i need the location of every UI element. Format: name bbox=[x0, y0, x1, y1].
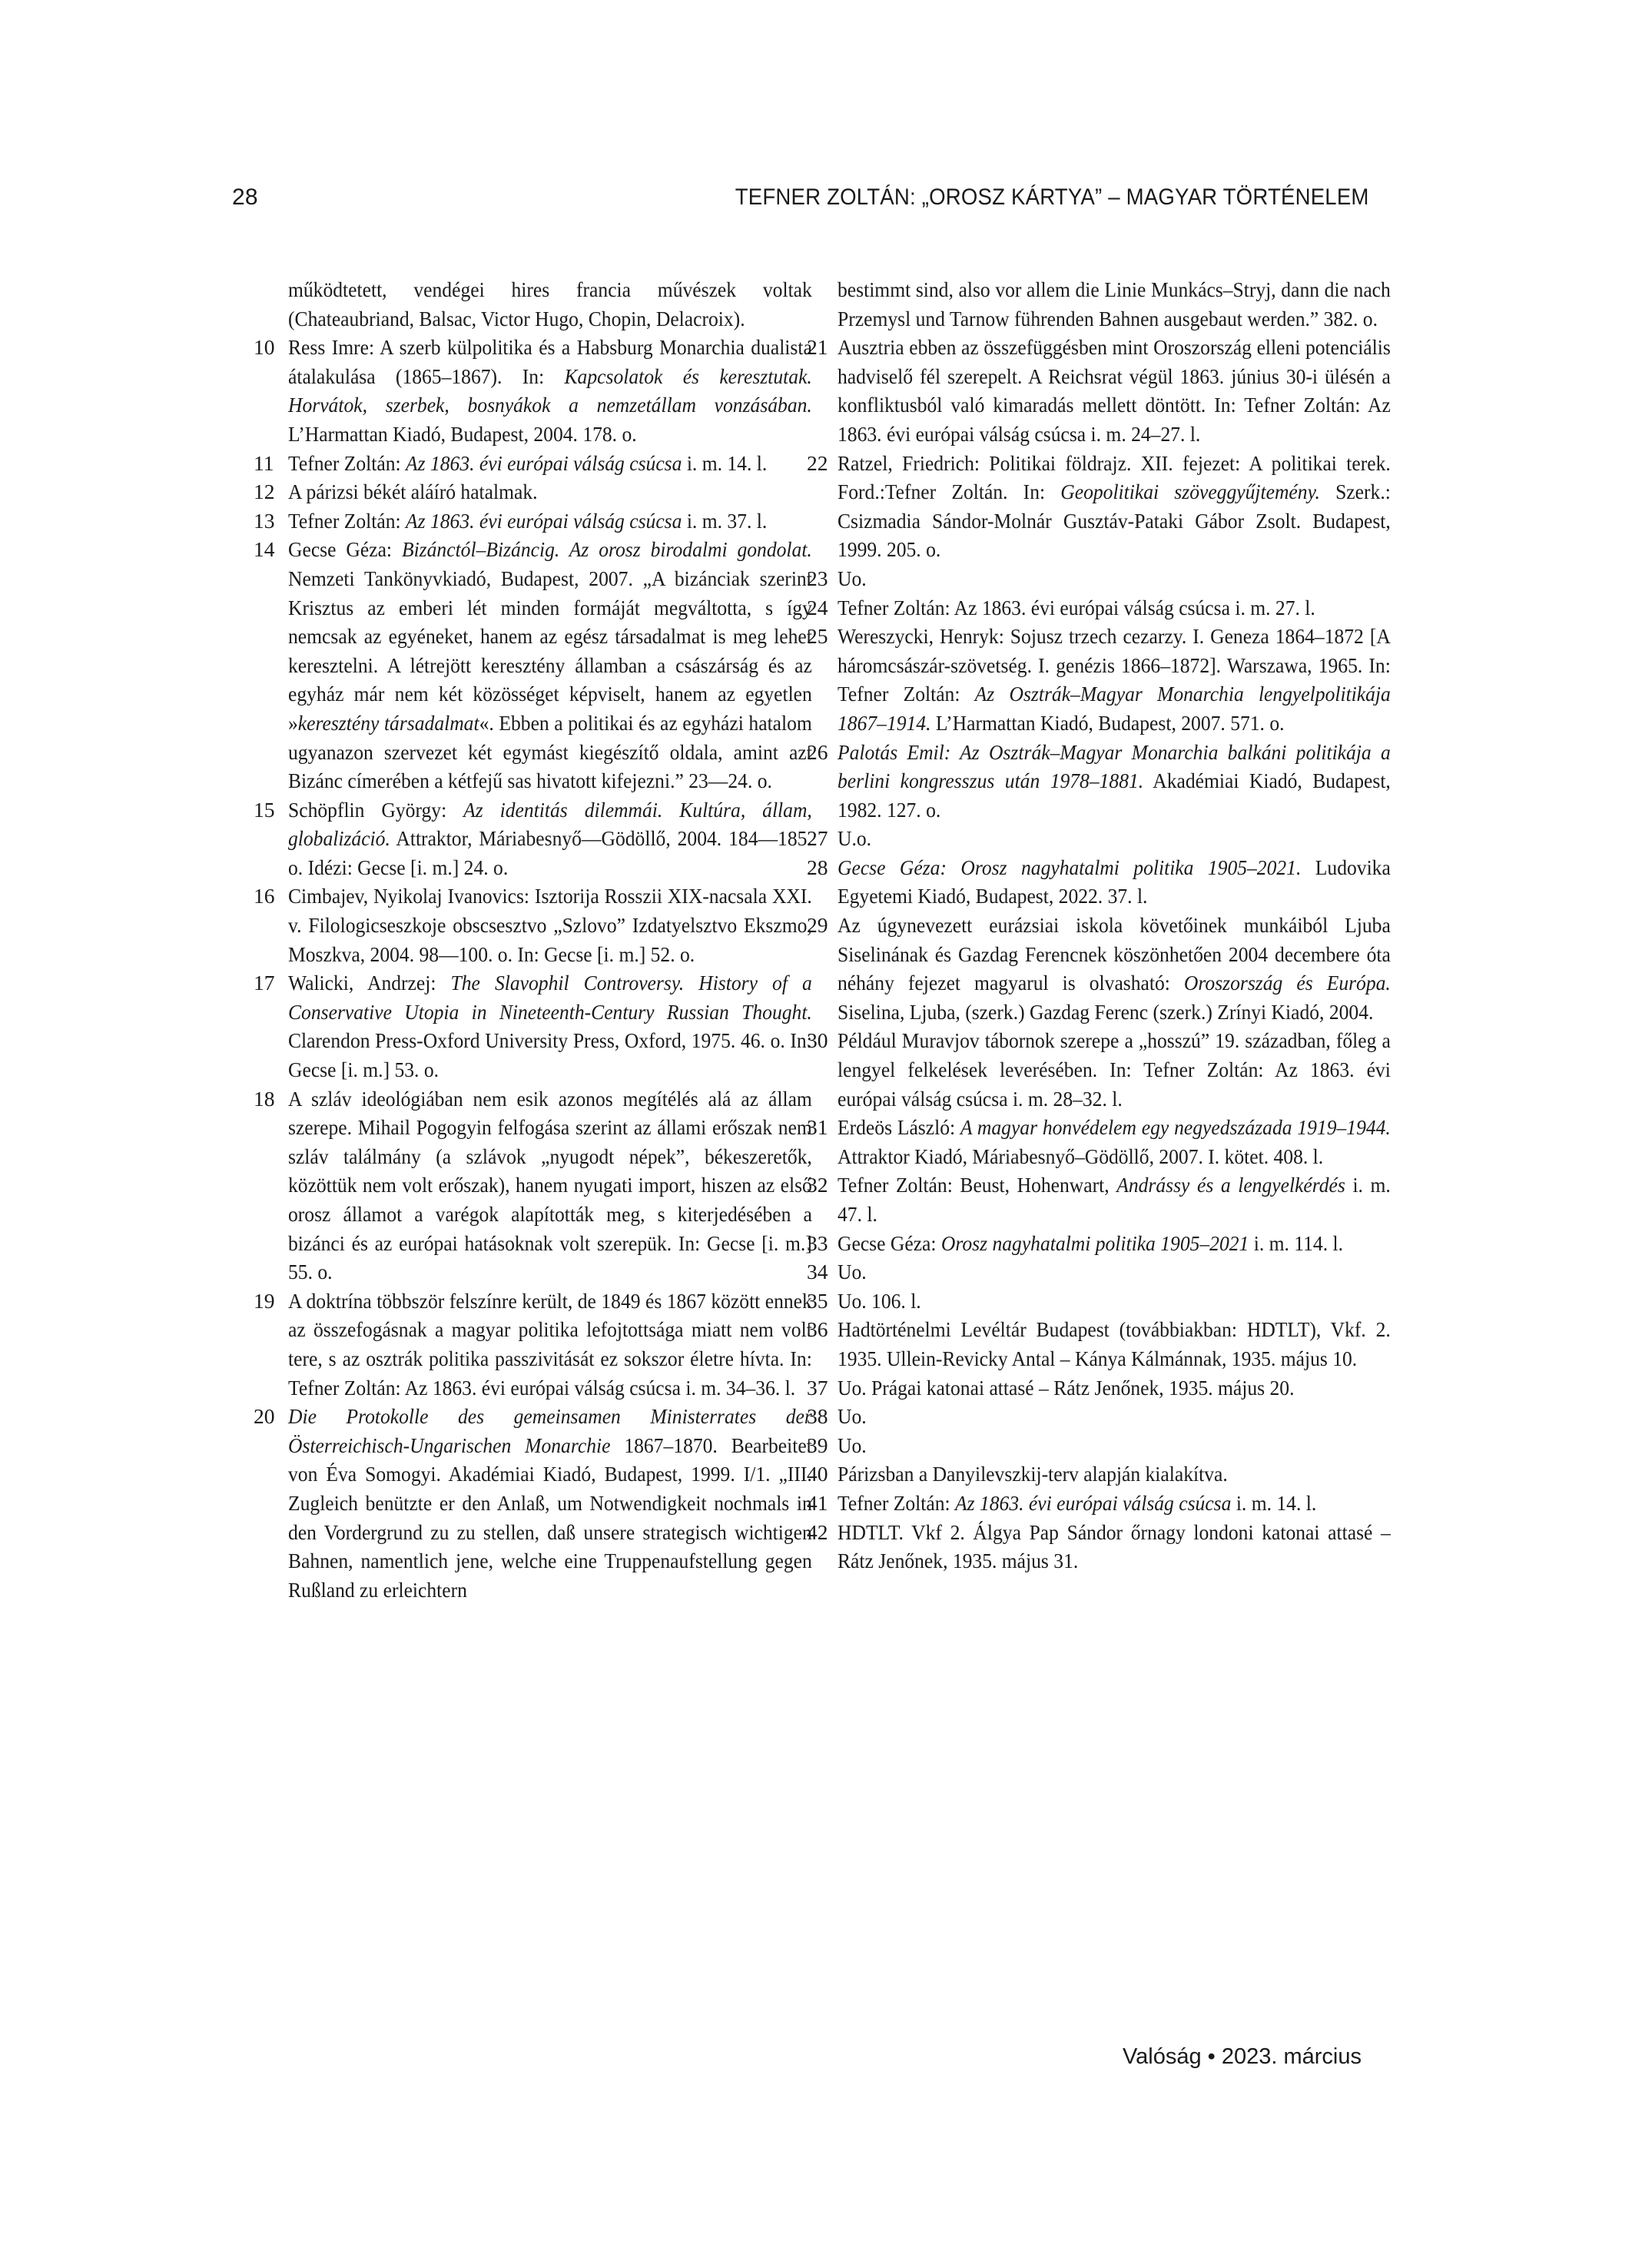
footnote-number: 25 bbox=[807, 622, 838, 651]
footnote-text: Gecse Géza: Orosz nagyhatalmi politika 1… bbox=[838, 1229, 1391, 1258]
footnote-number: 30 bbox=[807, 1026, 838, 1055]
footnote-item: 25Wereszycki, Henryk: Sojusz trzech ceza… bbox=[807, 622, 1360, 737]
footnote-number: 18 bbox=[254, 1084, 284, 1114]
footnote-italic-title: Az 1863. évi európai válság csúcsa bbox=[406, 509, 682, 533]
footnote-text: Az úgynevezett eurázsiai iskola követőin… bbox=[838, 911, 1391, 1026]
footnote-number: 28 bbox=[807, 853, 838, 882]
running-title: TEFNER ZOLTÁN: „OROSZ KÁRTYA” – MAGYAR T… bbox=[735, 184, 1369, 211]
footnote-text-run: Gecse Géza: bbox=[838, 1231, 941, 1255]
footnote-number: 17 bbox=[254, 968, 284, 998]
footnote-number: 35 bbox=[807, 1287, 838, 1316]
footnote-text-run: Tefner Zoltán: Az 1863. évi európai váls… bbox=[838, 596, 1315, 619]
footnote-item: 35Uo. 106. l. bbox=[807, 1287, 1360, 1316]
footnote-text: Tefner Zoltán: Az 1863. évi európai váls… bbox=[838, 593, 1391, 623]
footnote-text-run: Párizsban a Danyilevszkij-terv alapján k… bbox=[838, 1462, 1228, 1486]
footnote-text-run: i. m. 37. l. bbox=[682, 509, 767, 533]
footnote-text-run: Hadtörténelmi Levéltár Budapest (további… bbox=[838, 1317, 1391, 1370]
footnote-text: Uo. Prágai katonai attasé – Rátz Jenőnek… bbox=[838, 1373, 1391, 1403]
footnote-number: 10 bbox=[254, 333, 284, 362]
footnote-item: 32Tefner Zoltán: Beust, Hohenwart, Andrá… bbox=[807, 1171, 1360, 1228]
footnote-text: HDTLT. Vkf 2. Álgya Pap Sándor őrnagy lo… bbox=[838, 1518, 1391, 1576]
footnote-text-run: Ausztria ebben az összefüggésben mint Or… bbox=[838, 335, 1391, 446]
footnote-text-run: Uo. bbox=[838, 1433, 867, 1457]
footnote-text: A szláv ideológiában nem esik azonos meg… bbox=[288, 1084, 812, 1287]
footnote-number: 24 bbox=[807, 593, 838, 623]
footnote-text-run: Nemzeti Tankönyvkiadó, Budapest, 2007. „… bbox=[288, 566, 812, 735]
footnote-text: Wereszycki, Henryk: Sojusz trzech cezarz… bbox=[838, 622, 1391, 737]
footnote-text-run: Uo. bbox=[838, 566, 867, 590]
footnote-continuation: bestimmt sind, also vor allem die Linie … bbox=[807, 275, 1360, 333]
footnote-item: 36Hadtörténelmi Levéltár Budapest (továb… bbox=[807, 1315, 1360, 1373]
footnote-italic-title: Oroszország és Európa. bbox=[1184, 971, 1391, 995]
footnote-text: Ausztria ebben az összefüggésben mint Or… bbox=[838, 333, 1391, 448]
footnote-text-run: Tefner Zoltán: bbox=[838, 1491, 955, 1515]
footnote-text: Gecse Géza: Orosz nagyhatalmi politika 1… bbox=[838, 853, 1391, 911]
footnote-list: 10Ress Imre: A szerb külpolitika és a Ha… bbox=[254, 333, 778, 1604]
footnotes-left-column: működtetett, vendégei hires francia művé… bbox=[254, 275, 778, 1604]
footnote-text-run: Uo. bbox=[838, 1260, 867, 1283]
footnote-text: Die Protokolle des gemeinsamen Ministerr… bbox=[288, 1402, 812, 1604]
journal-footer: Valóság • 2023. március bbox=[1123, 2044, 1362, 2070]
footnote-number: 34 bbox=[807, 1257, 838, 1287]
footnote-text-run: Tefner Zoltán: bbox=[288, 451, 406, 475]
footnote-text: U.o. bbox=[838, 824, 1391, 853]
footnote-number: 37 bbox=[807, 1373, 838, 1403]
footnote-number: 27 bbox=[807, 824, 838, 853]
footnote-item: 40Párizsban a Danyilevszkij-terv alapján… bbox=[807, 1459, 1360, 1489]
footnote-item: 21Ausztria ebben az összefüggésben mint … bbox=[807, 333, 1360, 448]
footnote-item: 31Erdeös László: A magyar honvédelem egy… bbox=[807, 1113, 1360, 1171]
footnote-item: 15Schöpflin György: Az identitás dilemmá… bbox=[254, 795, 778, 882]
footnote-number: 11 bbox=[254, 449, 284, 478]
footnote-text-run: i. m. 14. l. bbox=[682, 451, 767, 475]
footnote-text: Cimbajev, Nyikolaj Ivanovics: Isztorija … bbox=[288, 882, 812, 968]
footnote-text-run: Uo. Prágai katonai attasé – Rátz Jenőnek… bbox=[838, 1376, 1294, 1400]
footnote-text-run: A doktrína többször felszínre került, de… bbox=[288, 1289, 812, 1400]
footnote-text: Párizsban a Danyilevszkij-terv alapján k… bbox=[838, 1459, 1391, 1489]
footnote-text: Palotás Emil: Az Osztrák–Magyar Monarchi… bbox=[838, 738, 1391, 825]
footnote-item: 28Gecse Géza: Orosz nagyhatalmi politika… bbox=[807, 853, 1360, 911]
footnote-number: 38 bbox=[807, 1402, 838, 1431]
footnote-number: 12 bbox=[254, 477, 284, 506]
footnote-number: 19 bbox=[254, 1287, 284, 1316]
footnote-text-run: Attraktor Kiadó, Máriabesnyő–Gödöllő, 20… bbox=[838, 1144, 1323, 1168]
footnote-number: 39 bbox=[807, 1431, 838, 1460]
footnote-text-run: Tefner Zoltán: Beust, Hohenwart, bbox=[838, 1173, 1116, 1197]
footnote-text: Ratzel, Friedrich: Politikai földrajz. X… bbox=[838, 449, 1391, 564]
footnote-text: A párizsi békét aláíró hatalmak. bbox=[288, 477, 812, 506]
footnote-item: 13Tefner Zoltán: Az 1863. évi európai vá… bbox=[254, 506, 778, 536]
footnote-item: 27U.o. bbox=[807, 824, 1360, 853]
footnote-item: 41Tefner Zoltán: Az 1863. évi európai vá… bbox=[807, 1489, 1360, 1518]
footnote-number: 29 bbox=[807, 911, 838, 940]
footnote-item: 16Cimbajev, Nyikolaj Ivanovics: Isztorij… bbox=[254, 882, 778, 968]
footnote-text-run: L’Harmattan Kiadó, Budapest, 2004. 178. … bbox=[288, 422, 637, 446]
page-number: 28 bbox=[232, 184, 258, 211]
footnote-number: 21 bbox=[807, 333, 838, 362]
footnote-italic-title: Az 1863. évi európai válság csúcsa bbox=[955, 1491, 1231, 1515]
footnote-text-run: Uo. bbox=[838, 1404, 867, 1428]
footnote-number: 40 bbox=[807, 1459, 838, 1489]
footnote-italic-title: Az 1863. évi európai válság csúcsa bbox=[406, 451, 682, 475]
footnote-text: A doktrína többször felszínre került, de… bbox=[288, 1287, 812, 1402]
footnote-text-run: Walicki, Andrzej: bbox=[288, 971, 451, 995]
footnote-number: 20 bbox=[254, 1402, 284, 1431]
footnote-text: Schöpflin György: Az identitás dilemmái.… bbox=[288, 795, 812, 882]
footnote-item: 29Az úgynevezett eurázsiai iskola követő… bbox=[807, 911, 1360, 1026]
footnote-number: 42 bbox=[807, 1518, 838, 1547]
footnote-item: 37Uo. Prágai katonai attasé – Rátz Jenőn… bbox=[807, 1373, 1360, 1403]
footnote-list: 21Ausztria ebben az összefüggésben mint … bbox=[807, 333, 1360, 1576]
footnote-number: 16 bbox=[254, 882, 284, 911]
footnote-text-run: Clarendon Press-Oxford University Press,… bbox=[288, 1028, 812, 1081]
footnote-item: 33Gecse Géza: Orosz nagyhatalmi politika… bbox=[807, 1229, 1360, 1258]
footnote-item: 26Palotás Emil: Az Osztrák–Magyar Monarc… bbox=[807, 738, 1360, 825]
footnote-text-run: 1867–1870. Bearbeitet von Éva Somogyi. A… bbox=[288, 1433, 812, 1602]
footnote-italic-title: Gecse Géza: Orosz nagyhatalmi politika 1… bbox=[838, 855, 1301, 879]
footnote-text-run: i. m. 14. l. bbox=[1231, 1491, 1316, 1515]
footnote-item: 14Gecse Géza: Bizánctól–Bizáncig. Az oro… bbox=[254, 535, 778, 795]
footnote-item: 24Tefner Zoltán: Az 1863. évi európai vá… bbox=[807, 593, 1360, 623]
footnote-text-run: HDTLT. Vkf 2. Álgya Pap Sándor őrnagy lo… bbox=[838, 1520, 1391, 1573]
footnote-number: 26 bbox=[807, 738, 838, 767]
footnote-item: 23Uo. bbox=[807, 564, 1360, 593]
footnote-number: 32 bbox=[807, 1171, 838, 1200]
footnote-item: 38Uo. bbox=[807, 1402, 1360, 1431]
footnote-number: 22 bbox=[807, 449, 838, 478]
footnote-text: Ress Imre: A szerb külpolitika és a Habs… bbox=[288, 333, 812, 448]
footnote-text: Uo. bbox=[838, 1257, 1391, 1287]
footnote-text: Gecse Géza: Bizánctól–Bizáncig. Az orosz… bbox=[288, 535, 812, 795]
footnote-item: 34Uo. bbox=[807, 1257, 1360, 1287]
footnote-item: 12A párizsi békét aláíró hatalmak. bbox=[254, 477, 778, 506]
footnote-text: Uo. bbox=[838, 564, 1391, 593]
footnote-item: 30Például Muravjov tábornok szerepe a „h… bbox=[807, 1026, 1360, 1113]
footnote-number: 23 bbox=[807, 564, 838, 593]
footnote-number: 14 bbox=[254, 535, 284, 564]
footnote-number: 41 bbox=[807, 1489, 838, 1518]
footnote-text-run: Például Muravjov tábornok szerepe a „hos… bbox=[838, 1028, 1391, 1110]
footnote-text: Erdeös László: A magyar honvédelem egy n… bbox=[838, 1113, 1391, 1171]
footnote-item: 39Uo. bbox=[807, 1431, 1360, 1460]
footnote-italic-title: Bizánctól–Bizáncig. Az orosz birodalmi g… bbox=[402, 537, 812, 561]
footnote-text: Tefner Zoltán: Az 1863. évi európai váls… bbox=[838, 1489, 1391, 1518]
footnote-text-run: i. m. 114. l. bbox=[1249, 1231, 1343, 1255]
footnote-text-run: U.o. bbox=[838, 826, 871, 850]
footnote-text: működtetett, vendégei hires francia művé… bbox=[288, 275, 812, 333]
footnote-text: Tefner Zoltán: Beust, Hohenwart, Andráss… bbox=[838, 1171, 1391, 1228]
footnote-item: 19A doktrína többször felszínre került, … bbox=[254, 1287, 778, 1402]
footnote-item: 22Ratzel, Friedrich: Politikai földrajz.… bbox=[807, 449, 1360, 564]
footnote-number: 31 bbox=[807, 1113, 838, 1142]
footnote-text-run: Gecse Géza: bbox=[288, 537, 402, 561]
footnote-text-run: A párizsi békét aláíró hatalmak. bbox=[288, 480, 538, 503]
footnote-number: 33 bbox=[807, 1229, 838, 1258]
footnote-item: 10Ress Imre: A szerb külpolitika és a Ha… bbox=[254, 333, 778, 448]
footnote-italic-title: A magyar honvédelem egy negyedszázada 19… bbox=[960, 1115, 1391, 1139]
footnote-text: Például Muravjov tábornok szerepe a „hos… bbox=[838, 1026, 1391, 1113]
footnote-text-run: Siselina, Ljuba, (szerk.) Gazdag Ferenc … bbox=[838, 1000, 1373, 1024]
footnote-text-run: A szláv ideológiában nem esik azonos meg… bbox=[288, 1087, 812, 1284]
footnote-number: 13 bbox=[254, 506, 284, 536]
page-header: 28 TEFNER ZOLTÁN: „OROSZ KÁRTYA” – MAGYA… bbox=[232, 184, 1369, 223]
footnote-text: Uo. 106. l. bbox=[838, 1287, 1391, 1316]
footnote-italic-title: keresztény társadalmat bbox=[298, 711, 479, 735]
footnote-text-run: Schöpflin György: bbox=[288, 798, 463, 822]
footnote-text-run: Uo. 106. l. bbox=[838, 1289, 921, 1313]
footnote-italic-title: Orosz nagyhatalmi politika 1905–2021 bbox=[941, 1231, 1249, 1255]
footnote-item: 18A szláv ideológiában nem esik azonos m… bbox=[254, 1084, 778, 1287]
footnote-item: 11Tefner Zoltán: Az 1863. évi európai vá… bbox=[254, 449, 778, 478]
footnote-number: 15 bbox=[254, 795, 284, 825]
footnote-text: Tefner Zoltán: Az 1863. évi európai váls… bbox=[288, 506, 812, 536]
footnote-italic-title: Andrássy és a lengyelkérdés bbox=[1116, 1173, 1345, 1197]
footnote-text: Hadtörténelmi Levéltár Budapest (további… bbox=[838, 1315, 1391, 1373]
footnote-item: 20Die Protokolle des gemeinsamen Ministe… bbox=[254, 1402, 778, 1604]
footnote-italic-title: Geopolitikai szöveggyűjtemény. bbox=[1060, 480, 1320, 503]
footnote-text: bestimmt sind, also vor allem die Linie … bbox=[838, 275, 1391, 333]
footnote-continuation: működtetett, vendégei hires francia művé… bbox=[254, 275, 778, 333]
footnote-text: Uo. bbox=[838, 1431, 1391, 1460]
footnote-text-run: Tefner Zoltán: bbox=[288, 509, 406, 533]
footnote-text: Walicki, Andrzej: The Slavophil Controve… bbox=[288, 968, 812, 1084]
footnote-text-run: Cimbajev, Nyikolaj Ivanovics: Isztorija … bbox=[288, 884, 812, 965]
footnote-item: 42HDTLT. Vkf 2. Álgya Pap Sándor őrnagy … bbox=[807, 1518, 1360, 1576]
footnote-text: Uo. bbox=[838, 1402, 1391, 1431]
footnote-text-run: L’Harmattan Kiadó, Budapest, 2007. 571. … bbox=[930, 711, 1284, 735]
footnote-text-run: Erdeös László: bbox=[838, 1115, 960, 1139]
footnotes-right-column: bestimmt sind, also vor allem die Linie … bbox=[807, 275, 1360, 1576]
footnote-item: 17Walicki, Andrzej: The Slavophil Contro… bbox=[254, 968, 778, 1084]
footnote-number: 36 bbox=[807, 1315, 838, 1344]
footnote-text: Tefner Zoltán: Az 1863. évi európai váls… bbox=[288, 449, 812, 478]
